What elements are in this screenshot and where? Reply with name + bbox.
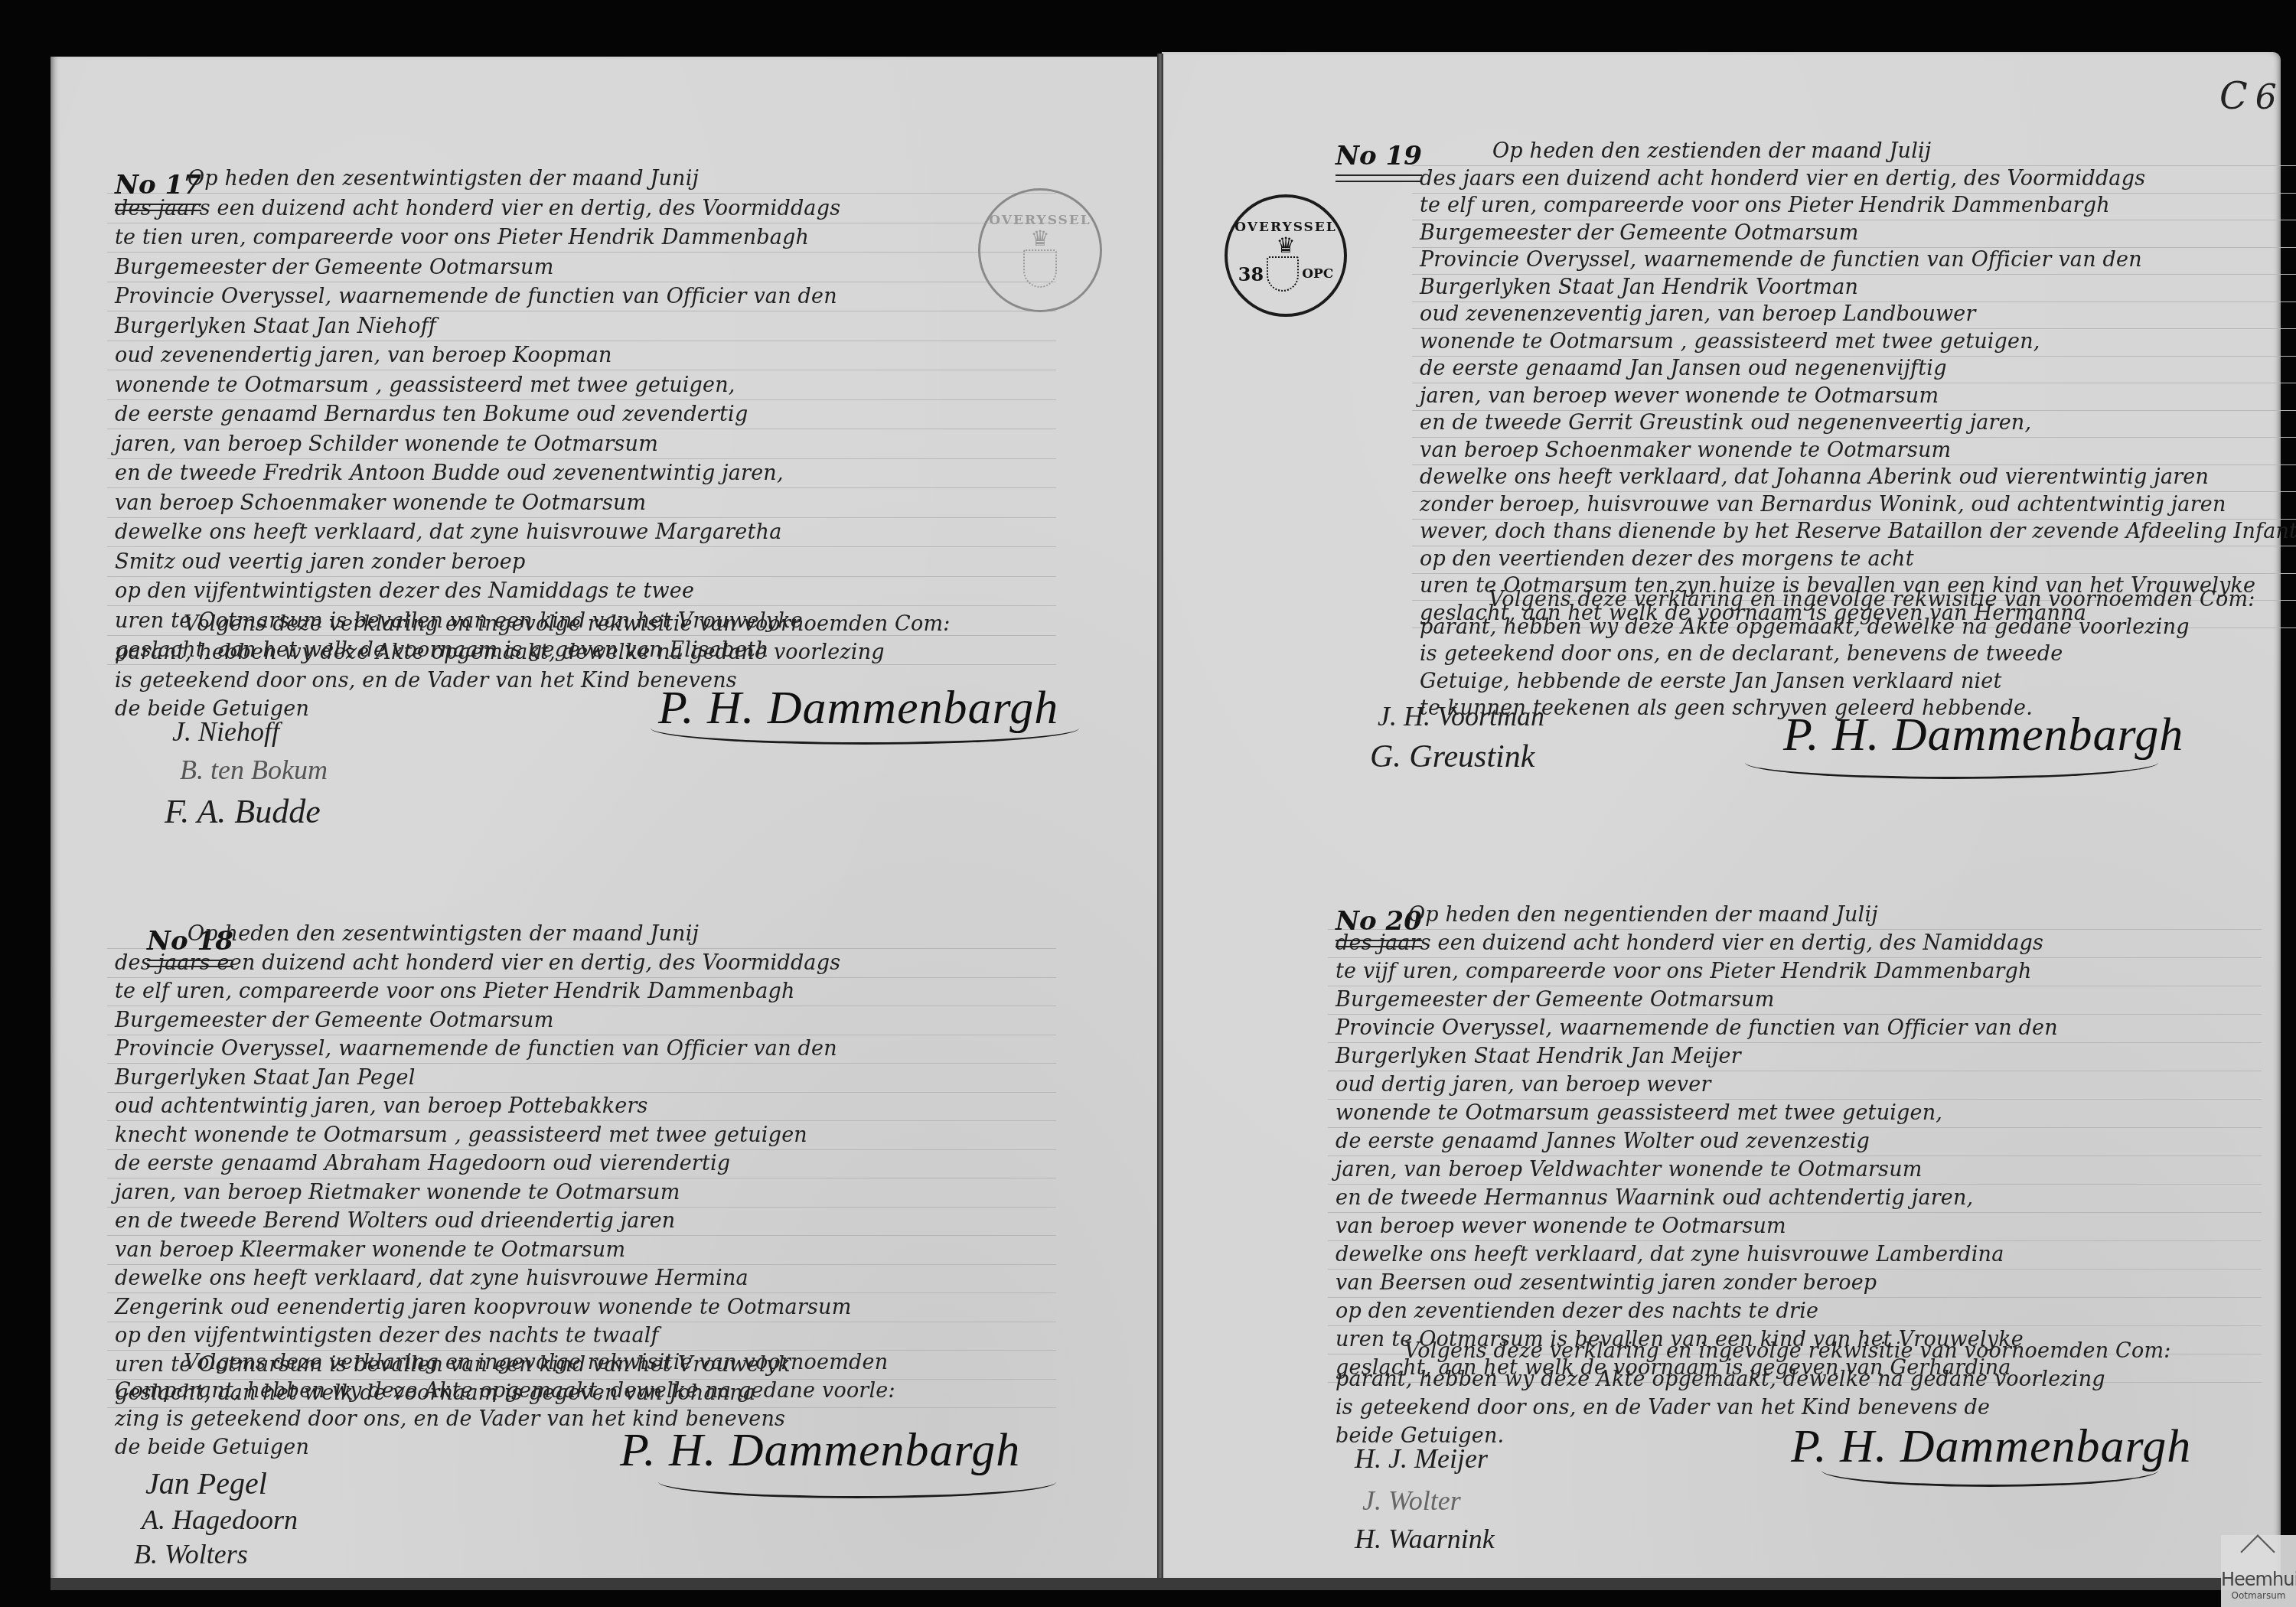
witness-signature: F. A. Budde [165, 792, 321, 831]
witness-signature: B. Wolters [134, 1538, 248, 1570]
crest-icon [1023, 249, 1057, 288]
act-text-line: oud zevenenzeventig jaren, van beroep La… [1420, 302, 1976, 326]
act-closing-line: is geteekend door ons, en de declarant, … [1420, 642, 2063, 666]
act-text-line: van beroep Kleermaker wonende te Ootmars… [115, 1238, 625, 1262]
act-closing-line: Volgens deze verklaring en ingevolge rek… [1404, 1339, 2171, 1363]
act-text-line: Provincie Overyssel, waarnemende de func… [1420, 248, 2142, 272]
act-text-line: Zengerink oud eenendertig jaren koopvrou… [115, 1296, 851, 1319]
act-text-line: van beroep Schoenmaker wonende te Ootmar… [1420, 438, 1951, 462]
signature-flourish [1821, 1454, 2158, 1487]
heemhuis-watermark: Heemhuis Ootmarsum [2221, 1535, 2296, 1607]
act-text-line: Burgerlyken Staat Hendrik Jan Meijer [1336, 1045, 1741, 1068]
witness-signature: H. J. Meijer [1355, 1442, 1488, 1475]
act-text-line: de eerste genaamd Bernardus ten Bokume o… [115, 403, 748, 426]
act-text-line: te tien uren, compareerde voor ons Piete… [115, 226, 809, 249]
act-text-line: dewelke ons heeft verklaard, dat zyne hu… [115, 520, 782, 544]
act-text-line: van Beersen oud zesentwintig jaren zonde… [1336, 1271, 1877, 1295]
act-text-line: en de tweede Berend Wolters oud drieende… [115, 1209, 675, 1233]
act-text-line: jaren, van beroep Schilder wonende te Oo… [115, 432, 658, 456]
page-bottom-edge [51, 1578, 2281, 1590]
signature-flourish [651, 712, 1079, 745]
act-closing-line: de beide Getuigen [115, 1436, 309, 1459]
act-text-line: en de tweede Hermannus Waarnink oud acht… [1336, 1186, 1973, 1210]
witness-signature: J. Niehoff [172, 715, 279, 748]
act-closing-line: parant, hebben wy deze Akte opgemaakt, d… [1420, 615, 2190, 639]
act-text-line: Provincie Overyssel, waarnemende de func… [115, 1037, 837, 1061]
witness-signature: G. Greustink [1370, 738, 1534, 775]
act-text-line: oud achtentwintig jaren, van beroep Pott… [115, 1094, 648, 1118]
act-text-line: van beroep Schoenmaker wonende te Ootmar… [115, 491, 646, 515]
act-text-line: knecht wonende te Ootmarsum , geassistee… [115, 1123, 807, 1147]
act-text-line: Op heden den zesentwintigsten der maand … [188, 922, 699, 946]
act-text-line: oud dertig jaren, van beroep wever [1336, 1073, 1711, 1097]
act-text-line: zonder beroep, huisvrouwe van Bernardus … [1420, 493, 2226, 517]
act-text-line: des jaars een duizend acht honderd vier … [115, 197, 840, 220]
act-text-line: Burgemeester der Gemeente Ootmarsum [115, 256, 554, 279]
witness-signature: J. Wolter [1362, 1485, 1461, 1517]
act-text-line: jaren, van beroep Veldwachter wonende te… [1336, 1158, 1923, 1182]
act-text-line: op den vijfentwintigsten dezer des Namid… [115, 579, 694, 603]
act-text-line: Burgerlyken Staat Jan Niehoff [115, 315, 436, 338]
act-text-line: Op heden den zesentwintigsten der maand … [188, 167, 699, 191]
act-text-line: de eerste genaamd Abraham Hagedoorn oud … [115, 1152, 730, 1175]
act-text-line: jaren, van beroep Rietmaker wonende te O… [115, 1181, 680, 1204]
act-closing-line: Volgens deze verklaring en ingevolge rek… [1489, 588, 2255, 611]
crest-icon [1267, 256, 1299, 292]
act-text-line: Burgerlyken Staat Jan Hendrik Voortman [1420, 275, 1858, 299]
faded-tax-stamp: OVERYSSEL ♛ [978, 188, 1102, 312]
act-text-line: Provincie Overyssel, waarnemende de func… [1336, 1016, 2058, 1040]
act-closing-line: Volgens deze verklaring en ingevolge rek… [184, 612, 951, 636]
act-text-line: wever, doch thans dienende by het Reserv… [1420, 520, 2296, 543]
act-closing-line: is geteekend door ons, en de Vader van h… [1336, 1396, 1990, 1420]
overyssel-tax-stamp: OVERYSSEL ♛ 38 OPC [1225, 194, 1347, 317]
act-text-line: Op heden den negentienden der maand Juli… [1408, 903, 1878, 927]
signature-flourish [1745, 746, 2158, 779]
folio-number: C6 [2219, 75, 2277, 118]
act-text-line: te elf uren, compareerde voor ons Pieter… [1420, 194, 2110, 217]
act-text-line: des jaars een duizend acht honderd vier … [1420, 167, 2145, 191]
act-number: No 19 [1336, 141, 1422, 171]
act-closing-line: parant, hebben wy deze Akte opgemaakt, d… [115, 641, 885, 664]
crown-icon: ♛ [1276, 235, 1295, 256]
act-text-line: des jaars een duizend acht honderd vier … [115, 951, 840, 975]
act-closing-line: parant, hebben wy deze Akte opgemaakt, d… [1336, 1367, 2105, 1391]
crown-icon: ♛ [1030, 228, 1049, 249]
folio-mark: C [2219, 75, 2248, 118]
act-closing-line: Getuige, hebbende de eerste Jan Jansen v… [1420, 670, 2002, 693]
act-text-line: de eerste genaamd Jannes Wolter oud zeve… [1336, 1129, 1870, 1153]
act-text-line: dewelke ons heeft verklaard, dat zyne hu… [115, 1266, 748, 1290]
act-text-line: de eerste genaamd Jan Jansen oud negenen… [1420, 357, 1947, 380]
act-text-line: Burgerlyken Staat Jan Pegel [115, 1066, 416, 1090]
witness-signature: Jan Pegel [145, 1465, 267, 1501]
act-text-line: op den veertienden dezer des morgens te … [1420, 547, 1914, 571]
signature-flourish [658, 1465, 1056, 1498]
witness-signature: H. Waarnink [1355, 1523, 1495, 1555]
act-text-line: wonende te Ootmarsum , geassisteerd met … [115, 373, 735, 397]
act-text-line: op den vijfentwintigsten dezer des nacht… [115, 1324, 659, 1348]
act-text-line: Burgemeester der Gemeente Ootmarsum [1336, 988, 1775, 1012]
book-spine [1157, 54, 1163, 1581]
act-closing-line: Comparant, hebben wy deze Akte opgemaakt… [115, 1379, 895, 1403]
house-roof-icon [2240, 1534, 2275, 1569]
act-text-line: des jaars een duizend acht honderd vier … [1336, 931, 2043, 955]
act-text-line: te elf uren, compareerde voor ons Pieter… [115, 980, 795, 1003]
act-text-line: dewelke ons heeft verklaard, dat zyne hu… [1336, 1243, 2004, 1266]
witness-signature: A. Hagedoorn [142, 1504, 298, 1536]
witness-signature: J. H. Voortman [1378, 700, 1544, 732]
act-text-line: op den zeventienden dezer des nachts te … [1336, 1299, 1818, 1323]
act-text-line: dewelke ons heeft verklaard, dat Johanna… [1420, 465, 2209, 489]
act-text-line: Burgemeester der Gemeente Ootmarsum [1420, 221, 1859, 245]
witness-signature: B. ten Bokum [180, 754, 328, 786]
act-text-line: te vijf uren, compareerde voor ons Piete… [1336, 960, 2032, 983]
act-text-line: wonende te Ootmarsum , geassisteerd met … [1420, 330, 2040, 354]
act-text-line: oud zevenendertig jaren, van beroep Koop… [115, 344, 612, 367]
act-text-line: Op heden den zestienden der maand Julij [1492, 139, 1931, 163]
act-text-line: jaren, van beroep wever wonende te Ootma… [1420, 384, 1939, 408]
act-text-line: en de tweede Gerrit Greustink oud negene… [1420, 411, 2031, 435]
act-text-line: van beroep wever wonende te Ootmarsum [1336, 1214, 1786, 1238]
act-closing-line: is geteekend door ons, en de Vader van h… [115, 669, 737, 693]
act-text-line: Smitz oud veertig jaren zonder beroep [115, 550, 525, 574]
act-text-line: Burgemeester der Gemeente Ootmarsum [115, 1009, 554, 1032]
act-text-line: en de tweede Fredrik Antoon Budde oud ze… [115, 461, 784, 485]
act-text-line: Provincie Overyssel, waarnemende de func… [115, 285, 837, 308]
act-closing-line: Volgens deze verklaring en ingevolge rek… [184, 1351, 888, 1374]
act-text-line: wonende te Ootmarsum geassisteerd met tw… [1336, 1101, 1942, 1125]
